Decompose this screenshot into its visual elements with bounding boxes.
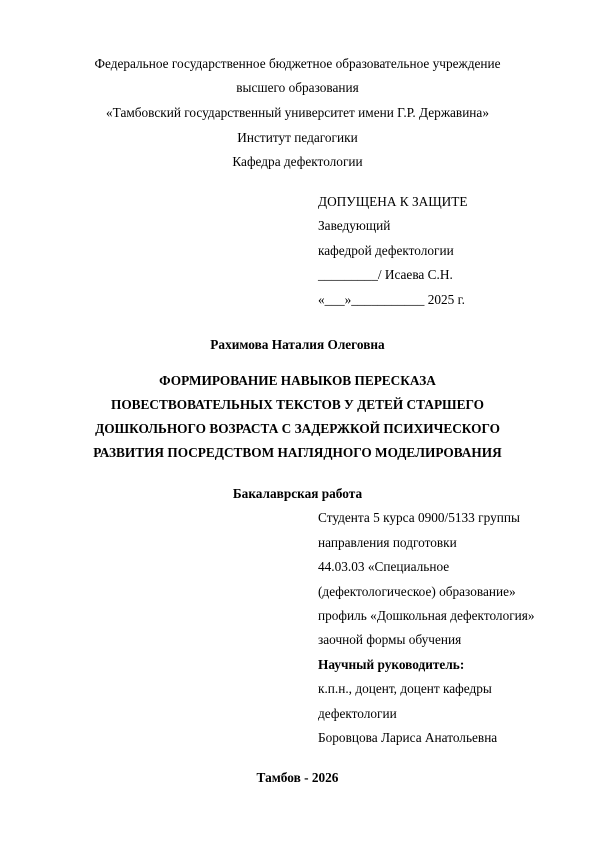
supervisor-name: Боровцова Лариса Анатольевна [318,730,497,746]
approval-signature: _________/ Исаева С.Н. [318,267,453,283]
supervisor-info-line: дефектологии [318,706,397,722]
work-type: Бакалаврская работа [0,486,595,502]
student-info-line: профиль «Дошкольная дефектология» [318,608,535,624]
institution-line: Федеральное государственное бюджетное об… [0,56,595,72]
student-info-line: 44.03.03 «Специальное [318,559,449,575]
approval-line: Заведующий [318,218,390,234]
thesis-title-line: ПОВЕСТВОВАТЕЛЬНЫХ ТЕКСТОВ У ДЕТЕЙ СТАРШЕ… [0,397,595,413]
supervisor-label: Научный руководитель: [318,657,464,673]
student-info-line: направления подготовки [318,535,457,551]
thesis-title-line: ДОШКОЛЬНОГО ВОЗРАСТА С ЗАДЕРЖКОЙ ПСИХИЧЕ… [0,421,595,437]
thesis-title-line: РАЗВИТИЯ ПОСРЕДСТВОМ НАГЛЯДНОГО МОДЕЛИРО… [0,445,595,461]
institution-line: высшего образования [0,80,595,96]
department-name: Кафедра дефектологии [0,154,595,170]
approval-line: кафедрой дефектологии [318,243,454,259]
institute-name: Институт педагогики [0,130,595,146]
student-info-line: Студента 5 курса 0900/5133 группы [318,510,520,526]
student-info-line: заочной формы обучения [318,632,461,648]
thesis-title-line: ФОРМИРОВАНИЕ НАВЫКОВ ПЕРЕСКАЗА [0,373,595,389]
approval-heading: ДОПУЩЕНА К ЗАЩИТЕ [318,194,467,210]
city-year: Тамбов - 2026 [0,770,595,786]
university-name: «Тамбовский государственный университет … [0,105,595,121]
supervisor-info-line: к.п.н., доцент, доцент кафедры [318,681,492,697]
author-name: Рахимова Наталия Олеговна [0,337,595,353]
student-info-line: (дефектологическое) образование» [318,584,516,600]
approval-date: «___»___________ 2025 г. [318,292,465,308]
